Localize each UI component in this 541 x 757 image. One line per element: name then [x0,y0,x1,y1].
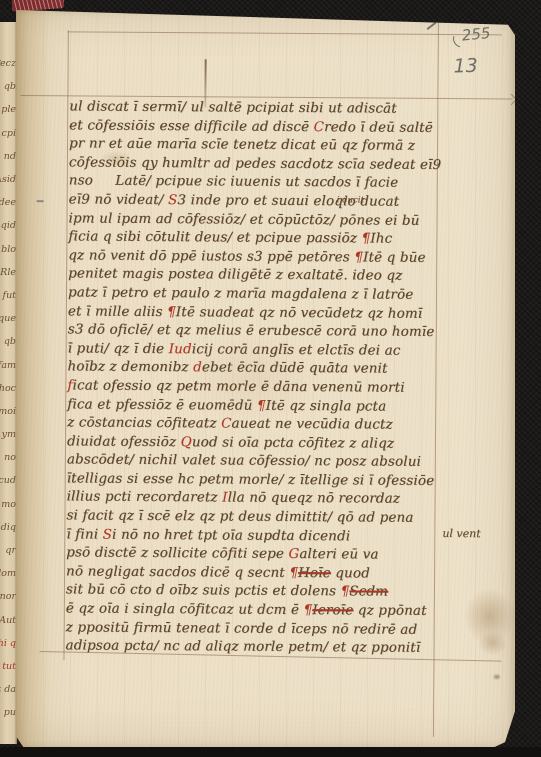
manuscript-line: adipsoa pcta/ nc ad aliqz morle petm/ et… [65,638,469,659]
facing-page-fragment: nd [0,145,17,168]
facing-page-fragment: que [0,307,17,330]
pencil-dash [37,200,44,202]
facing-page-fragment: ym [0,423,17,446]
facing-page-edge: PeczqbplecpindAsiddeeqidbloRlefutqueqbfa… [0,22,17,744]
margin-note: ul vent [442,527,480,540]
ruling-top-line-1 [68,31,502,35]
facing-page-fragment: moi [0,400,17,423]
facing-page-fragment: mo [0,493,17,516]
facing-page-fragment: chi q [0,632,17,655]
facing-page-fragment: Asid [0,168,17,191]
stain [478,631,508,655]
facing-page-fragment: Pecz [0,52,17,75]
foliation-number: 255 [461,24,491,45]
facing-page-fragment: nor [0,585,17,608]
hairline-crack [204,59,206,107]
manuscript-line: patz ī petro et paulo z marīa magdalena … [68,284,472,305]
facing-page-fragment: diq [0,516,17,539]
facing-page-fragment: qr [0,539,17,562]
facing-page-fragment: qb [0,330,17,353]
facing-page-fragment: Aut [0,609,17,632]
manuscript-line: eī9 nō videat/ S3 inde pro et suaui eloq… [69,191,473,212]
facing-page-fragment: fat da [0,678,17,701]
stain [99,151,133,166]
stain [492,673,501,680]
interlinear-note: i ducit [337,195,364,205]
binding-cloth-bottom [0,747,541,757]
facing-page-fragment: fut [0,284,17,307]
facing-page-fragment: tut [0,655,17,678]
facing-page-fragment: dee [0,191,17,214]
manuscript-photo: PeczqbplecpindAsiddeeqidbloRlefutqueqbfa… [0,0,541,757]
manuscript-line: ē qz oīa i singla cōfitcaz ut dcm ē ¶Ier… [66,600,470,621]
facing-page-fragment: ple [0,98,17,121]
facing-page-fragment: cud [0,469,17,492]
facing-page-fragment: blo [0,238,17,261]
manuscript-line: ficia q sibi cōtulit deus/ et pcipue pas… [68,229,472,250]
facing-page-fragments: PeczqbplecpindAsiddeeqidbloRlefutqueqbfa… [0,22,17,724]
manuscript-page: ul discat ī sermī/ ul saltē pcipiat sibi… [16,10,515,748]
facing-page-fragment: lom [0,562,17,585]
manuscript-line: ul discat ī sermī/ ul saltē pcipiat sibi… [69,98,473,119]
facing-page-fragment: qb [0,75,17,98]
facing-page-fragment: hoc [0,377,17,400]
facing-page-fragment: Rle [0,261,17,284]
facing-page-fragment: no [0,446,17,469]
stain [183,331,324,422]
facing-page-fragment: cpi [0,122,17,145]
facing-page-fragment: pu [0,701,17,724]
pencil-tick [427,22,437,30]
facing-page-fragment: qid [0,214,17,237]
page-writing-layer: ul discat ī sermī/ ul saltē pcipiat sibi… [11,10,515,751]
quire-number: 13 [453,55,478,78]
facing-page-fragment: fam [0,353,17,376]
manuscript-line: si facit qz ī scē elz qz pt deus dimitti… [66,507,470,528]
